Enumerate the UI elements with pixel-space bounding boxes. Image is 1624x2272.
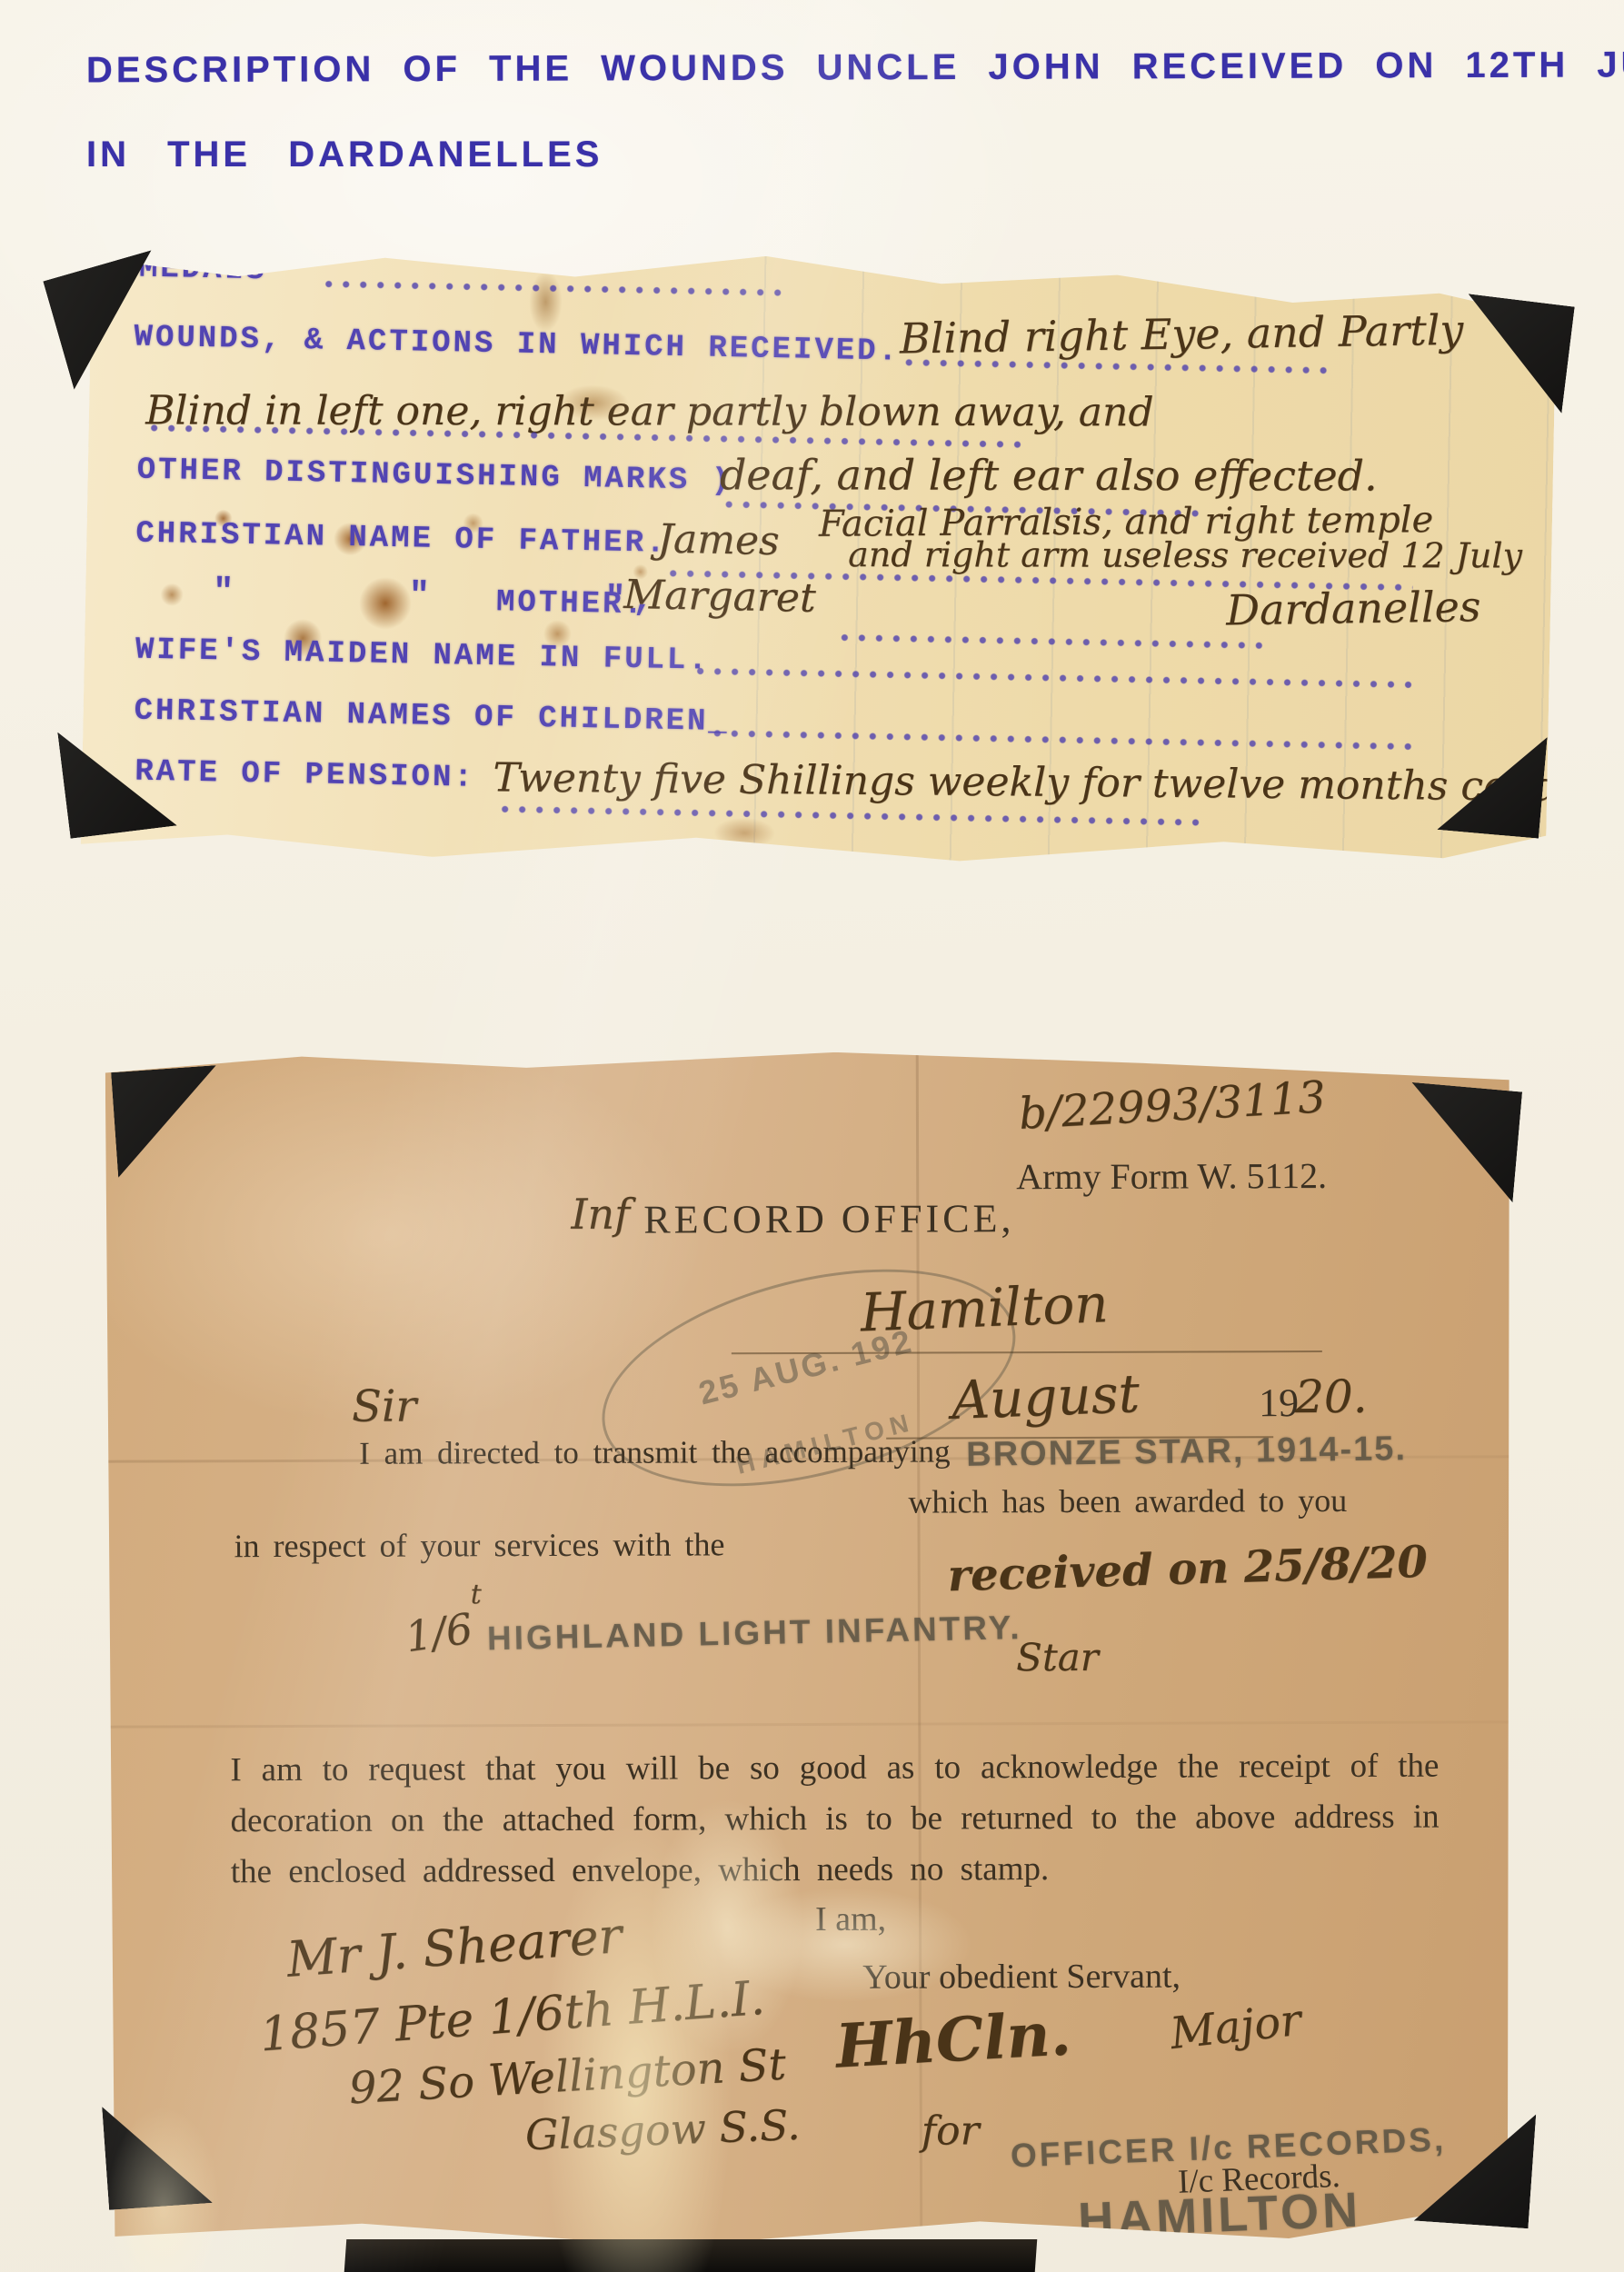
body-line-awarded: which has been awarded to you (908, 1481, 1347, 1521)
photo-of-album-page: DESCRIPTION OF THE WOUNDS UNCLE JOHN REC… (0, 0, 1624, 2272)
crease-line (107, 1720, 1511, 1728)
marks-note-line2-handwriting: and right arm useless received 12 July (848, 534, 1522, 575)
field-pension-label: RATE OF PENSION: (135, 755, 475, 796)
star-note-handwriting: Star (1016, 1635, 1099, 1679)
army-form-letter-document: b/22993/3113 Army Form W. 5112. Inf RECO… (105, 1050, 1514, 2254)
signature-scrawl: HhCln. (834, 1998, 1073, 2081)
for-note-handwriting: for (922, 2108, 980, 2154)
recipient-name-handwriting: Mr J. Shearer (284, 1907, 623, 1988)
recipient-address-line2-handwriting: Glasgow S.S. (524, 2100, 801, 2160)
year-printed: 19 (1259, 1380, 1299, 1426)
office-prefix-handwriting: Inf (571, 1190, 630, 1239)
body-line-services: in respect of your services with the (234, 1525, 725, 1565)
unit-suffix-handwriting: t (471, 1579, 482, 1610)
wounds-form-document: MEDALS WOUNDS, & ACTIONS IN WHICH RECEIV… (81, 244, 1558, 879)
month-handwriting: August (951, 1362, 1141, 1431)
request-paragraph: I am to request that you will be so good… (230, 1741, 1440, 1898)
field-children-label: CHRISTIAN NAMES OF CHILDREN_ (134, 694, 730, 741)
year-handwriting: 20. (1295, 1370, 1368, 1423)
location-handwriting: Hamilton (859, 1272, 1109, 1343)
closing-servant: Your obedient Servant, (862, 1957, 1181, 1998)
marks-note-line3-handwriting: Dardanelles (1226, 582, 1481, 634)
reference-number-handwriting: b/22993/3113 (1018, 1071, 1328, 1140)
form-number: Army Form W. 5112. (1016, 1154, 1327, 1198)
received-note-handwriting: received on 25/8/20 (947, 1537, 1429, 1602)
signature-rank-handwriting: Major (1168, 1995, 1304, 2059)
album-page-bottom-edge (344, 2239, 1038, 2272)
record-office-heading: RECORD OFFICE, (643, 1195, 1014, 1242)
closing-i-am: I am, (815, 1899, 886, 1939)
father-value-handwriting: James (657, 516, 780, 565)
bronze-star-stamp: BRONZE STAR, 1914-15. (966, 1430, 1407, 1475)
body-line-transmit: I am directed to transmit the accompanyi… (359, 1433, 951, 1471)
marks-value-handwriting: deaf, and left ear also effected. (720, 450, 1378, 500)
wounds-value-handwriting: Blind right Eye, and Partly (899, 305, 1463, 364)
field-wife-label: WIFE'S MAIDEN NAME IN FULL. (135, 633, 711, 679)
unit-prefix-handwriting: 1/6 (402, 1603, 475, 1661)
caption-line-1: DESCRIPTION OF THE WOUNDS UNCLE JOHN REC… (86, 45, 1624, 92)
caption-line-2: IN THE DARDANELLES (86, 135, 603, 175)
field-father-label: CHRISTIAN NAME OF FATHER. (135, 517, 668, 562)
mother-value-handwriting: Margaret (623, 572, 816, 622)
dotted-leader (324, 278, 787, 298)
pension-value-handwriting: Twenty five Shillings weekly for twelve … (493, 754, 1571, 810)
unit-stamp: HIGHLAND LIGHT INFANTRY. (487, 1609, 1022, 1658)
salutation-handwriting: Sir (352, 1381, 416, 1432)
field-marks-label: OTHER DISTINGUISHING MARKS ) (136, 453, 732, 500)
